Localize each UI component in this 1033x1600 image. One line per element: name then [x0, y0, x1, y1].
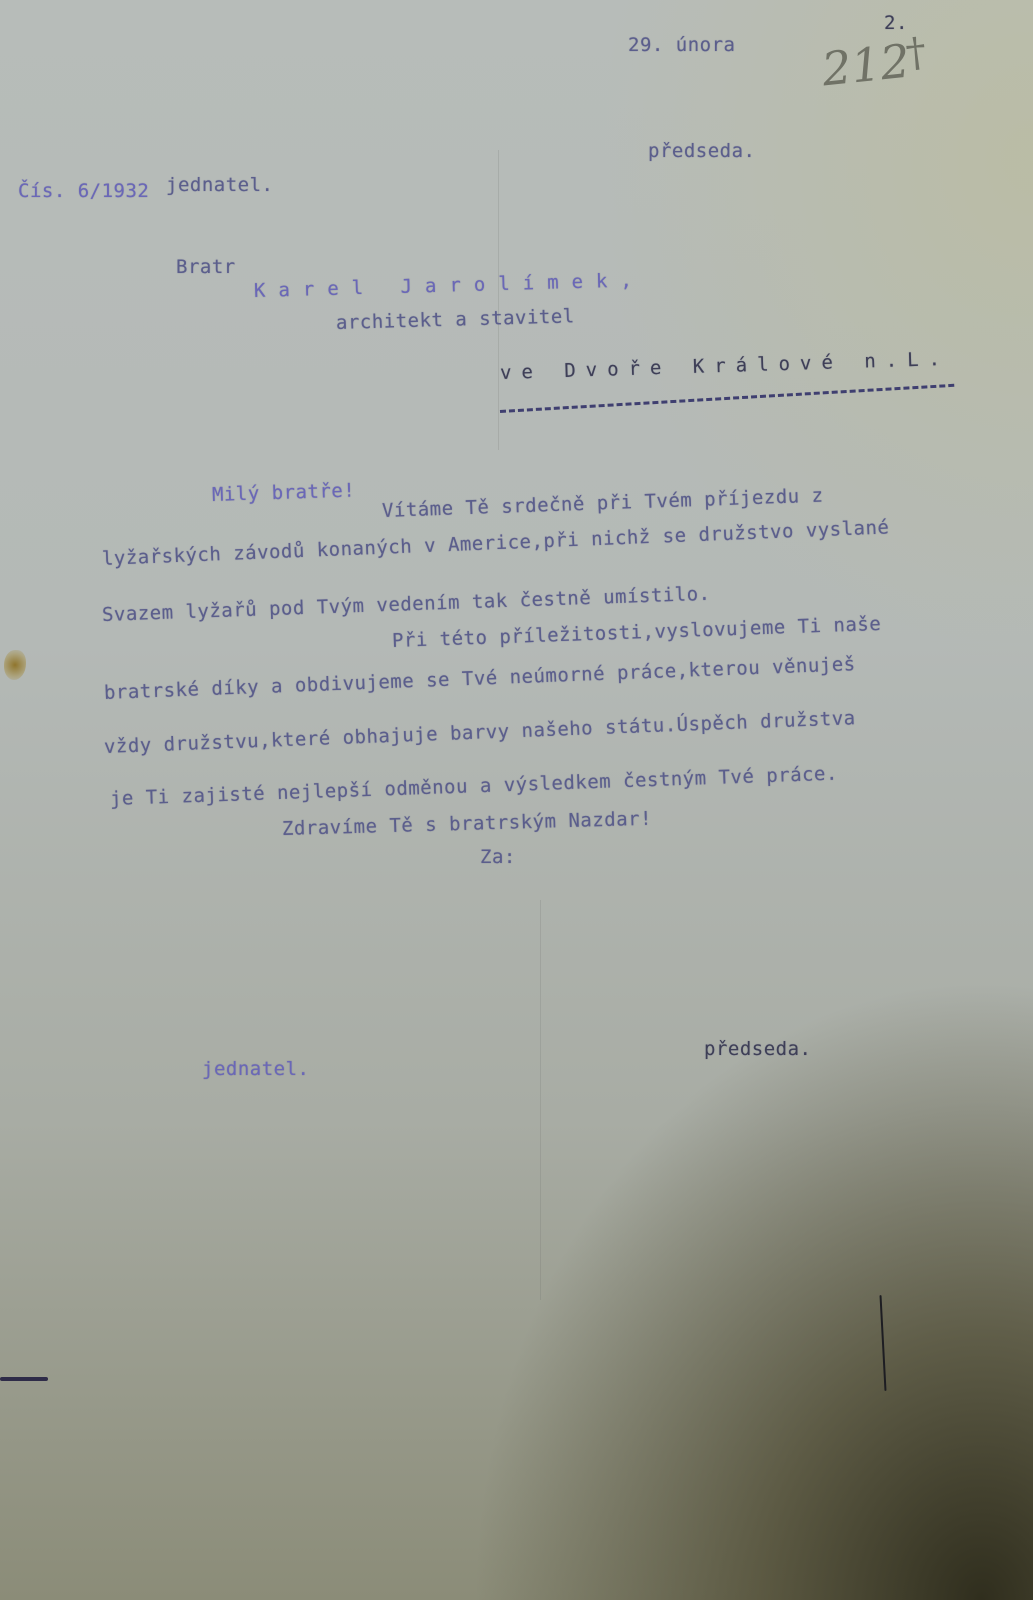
body-line-3: Svazem lyžařů pod Tvým vedením tak čestn… [102, 583, 711, 626]
body-line-1: Vítáme Tě srdečně při Tvém příjezdu z [382, 485, 824, 522]
recipient-location: ve Dvoře Králové n.L. [500, 348, 951, 384]
signature-jednatel: jednatel. [202, 1058, 309, 1080]
letter-page: 2. 212 † 29. února předseda. Čís. 6/1932… [0, 0, 1033, 1600]
location-underline [500, 384, 954, 413]
closing-line: Zdravíme Tě s bratrským Nazdar! [282, 808, 653, 840]
pencil-stroke [879, 1295, 886, 1391]
reference-number: Čís. 6/1932 [18, 180, 149, 202]
letter-date: 29. února [628, 34, 735, 56]
edge-mark [0, 1377, 48, 1381]
greeting: Milý bratře! [212, 480, 356, 506]
recipient-occupation: architekt a stavitel [336, 305, 575, 334]
za-label: Za: [480, 846, 516, 868]
pencil-archive-number: 212 [819, 34, 912, 97]
body-line-6: vždy družstvu,které obhajuje barvy našeh… [104, 707, 856, 758]
fold-line [540, 900, 541, 1300]
body-line-5: bratrské díky a obdivujeme se Tvé neúmor… [104, 653, 856, 704]
body-line-2: lyžařských závodů konaných v Americe,při… [102, 516, 890, 570]
header-jednatel: jednatel. [166, 174, 273, 196]
body-line-7: je Ti zajisté nejlepší odměnou a výsledk… [110, 763, 839, 810]
stain-mark [4, 650, 26, 680]
fold-line [498, 150, 499, 450]
header-predseda: předseda. [648, 140, 755, 162]
recipient-title: Bratr [176, 256, 236, 278]
signature-predseda: předseda. [704, 1038, 811, 1060]
recipient-name: Karel Jarolímek, [254, 269, 645, 302]
pencil-cross-mark: † [904, 29, 929, 77]
body-line-4: Při této příležitosti,vyslovujeme Ti naš… [392, 613, 882, 652]
